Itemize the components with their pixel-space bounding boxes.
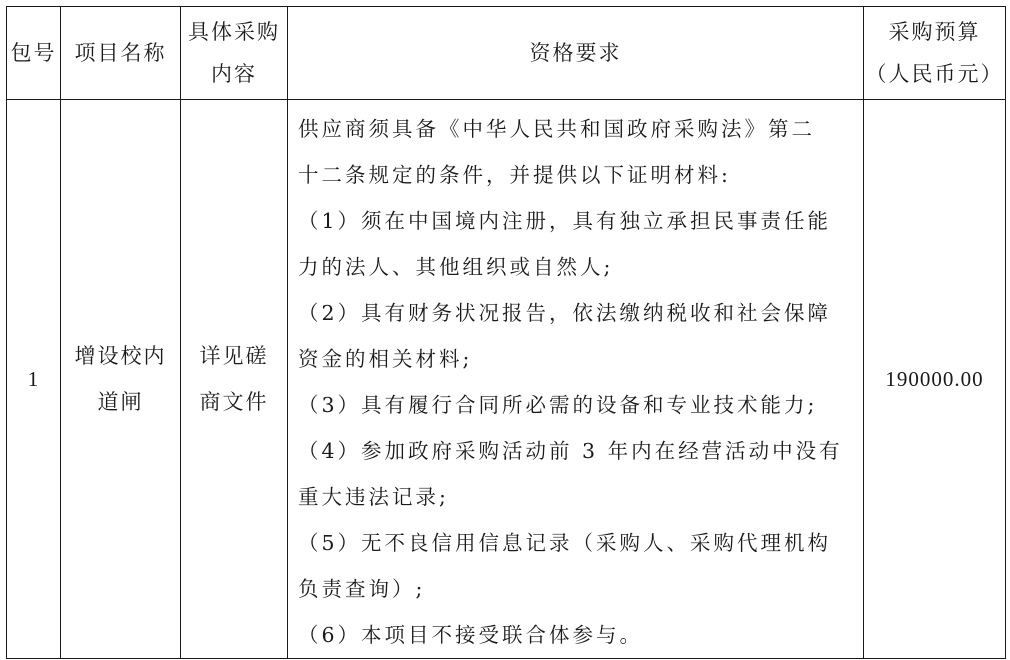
qualification-line: （4）参加政府采购活动前 3 年内在经营活动中没有 [298,428,859,474]
content-line2: 商文件 [181,379,287,425]
qualification-line: （6）本项目不接受联合体参与。 [298,612,859,658]
header-content: 具体采购 内容 [181,7,288,100]
header-budget-line1: 采购预算 [864,11,1005,53]
qualification-line: （5）无不良信用信息记录（采购人、采购代理机构 [298,520,859,566]
budget-value: 190000.00 [885,367,983,391]
header-content-line2: 内容 [181,53,287,95]
header-budget-line2: （人民币元） [864,53,1005,95]
qualification-line: 十二条规定的条件，并提供以下证明材料: [298,152,859,198]
qualification-line: （2）具有财务状况报告，依法缴纳税收和社会保障 [298,290,859,336]
project-name-line2: 道闸 [61,379,180,425]
qualification-line: （1）须在中国境内注册，具有独立承担民事责任能 [298,198,859,244]
procurement-table: 包号 项目名称 具体采购 内容 资格要求 采购预算 （人民币元） 1 增 [6,6,1006,659]
cell-qualification: 供应商须具备《中华人民共和国政府采购法》第二 十二条规定的条件，并提供以下证明材… [288,100,864,659]
qualification-line: 力的法人、其他组织或自然人; [298,244,859,290]
header-qualification: 资格要求 [288,7,864,100]
table-row: 1 增设校内 道闸 详见磋 商文件 供应商须具备《中华人民共和国政府采购法》第二… [7,100,1006,659]
project-name-line1: 增设校内 [61,333,180,379]
cell-content: 详见磋 商文件 [181,100,288,659]
cell-budget: 190000.00 [864,100,1006,659]
qualification-line: 供应商须具备《中华人民共和国政府采购法》第二 [298,106,859,152]
header-row: 包号 项目名称 具体采购 内容 资格要求 采购预算 （人民币元） [7,7,1006,100]
qualification-line: （3）具有履行合同所必需的设备和专业技术能力; [298,382,859,428]
header-budget: 采购预算 （人民币元） [864,7,1006,100]
content-line1: 详见磋 [181,333,287,379]
cell-project-name: 增设校内 道闸 [61,100,181,659]
qualification-line: 资金的相关材料; [298,336,859,382]
package-no-value: 1 [28,367,40,391]
header-content-line1: 具体采购 [181,11,287,53]
header-project-name: 项目名称 [61,7,181,100]
qualification-line: 重大违法记录; [298,474,859,520]
header-package-no: 包号 [7,7,61,100]
header-project-name-label: 项目名称 [75,41,167,65]
cell-package-no: 1 [7,100,61,659]
qualification-line: 负责查询）; [298,566,859,612]
header-package-no-label: 包号 [11,41,57,65]
header-qualification-label: 资格要求 [530,41,622,65]
